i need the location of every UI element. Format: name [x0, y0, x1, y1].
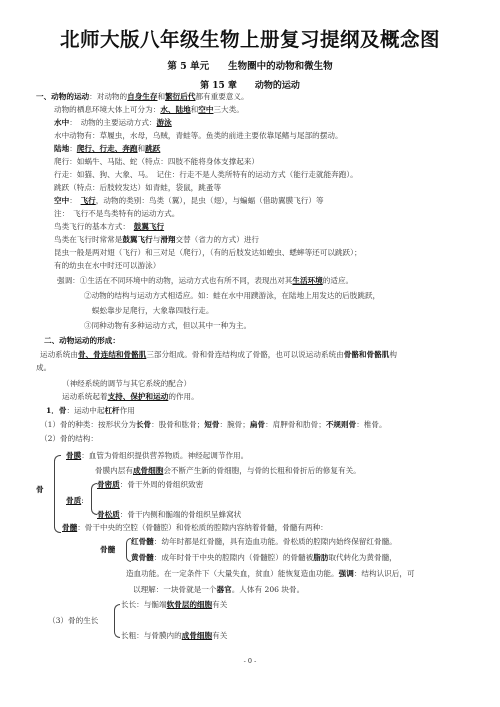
- yellow-marrow-cont: 造血功能。在一定条件下（大量失血，贫血）能恢复造血功能。强调：结构认识后，可: [126, 569, 415, 579]
- page-number: - 0 -: [0, 657, 500, 665]
- jump-line: 跳跃（特点：后肢较发达）如青蛙，袋鼠，跳蚤等: [54, 183, 221, 193]
- organ-line: 以理解：一块骨就是一个器官。人体有 206 块骨。: [133, 585, 304, 595]
- marrow-root-label: 骨髓: [100, 545, 115, 555]
- role-line: 运动系统起着支持、保护和运动的作用。: [62, 392, 199, 402]
- marrow-line: 骨髓：骨干中央的空腔（骨髓腔）和骨松质的腔隙内容纳着骨髓，骨髓有两种：: [62, 523, 328, 533]
- bird-basic-line: 鸟类飞行的基本方式： 鼓翼飞行: [54, 222, 164, 232]
- section1-intro: 一、动物的运动：对动物的自身生存和繁衍后代都有重要意义。: [36, 92, 249, 102]
- bone-root-label: 骨: [36, 485, 44, 495]
- water-line: 水中： 动物的主要运动方式：游泳: [54, 118, 172, 128]
- system-wrap: 成。: [36, 363, 51, 373]
- substance-label: 骨质:: [66, 496, 84, 506]
- system-line: 运动系统由骨、骨连结和骨骼肌三部分组成。骨和骨连结构成了骨骼，也可以说运动系统由…: [40, 350, 397, 360]
- section2-heading: 二、动物运动的形成：: [44, 336, 120, 346]
- bone-types: （1）骨的种类：按形状分为长骨：股骨和肱骨；短骨：腕骨；扁骨：肩胛骨和肋骨；不规…: [40, 420, 387, 430]
- insect-line-1: 昆虫一般是两对翅（飞行）和三对足（爬行），（有的后肢发达如蝗虫、蟋蟀等还可以跳跃…: [54, 248, 362, 258]
- insect-line-2: 有的幼虫在水中时还可以游泳）: [54, 261, 160, 271]
- compact-line: 骨密质：骨干外周的骨组织致密: [97, 480, 203, 490]
- periosteum-line: 骨膜：血管为骨组织提供营养物质。神经起调节作用。: [66, 451, 248, 461]
- land-line: 陆地：爬行、行走、奔跑和跳跃: [54, 144, 160, 154]
- emphasis-2a: ②动物的结构与运动方式相适应。如：蛙在水中用蹼游泳，在陆地上用发达的后肢跳跃，: [84, 291, 380, 301]
- emphasis-2b: 蜈蚣靠步足爬行，大象靠四肢行走。: [92, 306, 214, 316]
- nerve-line: （神经系统的调节与其它系统的配合）: [62, 379, 191, 389]
- document-title: 北师大版八年级生物上册复习提纲及概念图: [0, 24, 500, 52]
- water-animals: 水中动物有：草履虫，水母，乌贼，青蛙等。鱼类的前进主要依靠尾鳍与尾部的摆动。: [54, 131, 343, 141]
- growth-label: （3）骨的生长: [48, 616, 98, 626]
- bone-heading: 1．骨：运动中起杠杆作用: [46, 406, 135, 416]
- red-marrow-line: 红骨髓：幼年时都是红骨髓，具有造血功能。骨松质的腔隙内始终保留红骨髓。: [131, 537, 397, 547]
- habitat-line: 动物的栖息环境大体上可分为：水、陆地和空中三大类。: [54, 105, 244, 115]
- emphasis-3: ③同种动物有多种运动方式，但以其中一种为主。: [84, 321, 251, 331]
- chapter-heading: 第 15 章 动物的运动: [0, 78, 500, 91]
- spongy-line: 骨松质：骨干内侧和骺端的骨组织呈蜂窝状: [97, 510, 241, 520]
- grow-thick-line: 长粗：与骨膜内的成骨细胞有关: [121, 631, 227, 641]
- growth-brace: [114, 604, 120, 638]
- section1-heading: 一、动物的运动: [36, 92, 89, 101]
- yellow-marrow-line: 黄骨髓：成年时骨干中央的腔隙内（骨髓腔）的骨髓被脂肪取代转化为黄骨髓，: [131, 553, 397, 563]
- grow-long-line: 长长：与骺端软骨层的细胞有关: [121, 600, 227, 610]
- bone-brace: [54, 455, 61, 533]
- bird-flight-line: 鸟类在飞行时常常是鼓翼飞行与滑翔交替（省力的方式）进行: [54, 235, 259, 245]
- emphasis-1: 强调：①生活在不同环境中的动物，运动方式也有所不同，表现出对其生活环境的适应。: [57, 276, 353, 286]
- note-line: 注： 飞行不是鸟类特有的运动方式。: [54, 209, 179, 219]
- unit-heading: 第 5 单元 生物圈中的动物和微生物: [0, 58, 500, 72]
- periosteum-inner: 骨膜内层有成骨细胞会不断产生新的骨细胞，与骨的长粗和骨折后的修复有关。: [95, 466, 361, 476]
- air-line: 空中： 飞行，动物的类别：鸟类（翼），昆虫（翅），与蝙蝠（借助翼膜飞行）等: [54, 196, 324, 206]
- walk-line: 行走：如猫、狗、大象、马。 记住：行走不是人类所特有的运动方式（能行走就能奔跑）…: [54, 170, 358, 180]
- bone-structure-heading: （2）骨的结构：: [40, 434, 98, 444]
- crawl-line: 爬行：如蜗牛、马陆、蛇（特点：四肢不能将身体支撑起来）: [54, 157, 259, 167]
